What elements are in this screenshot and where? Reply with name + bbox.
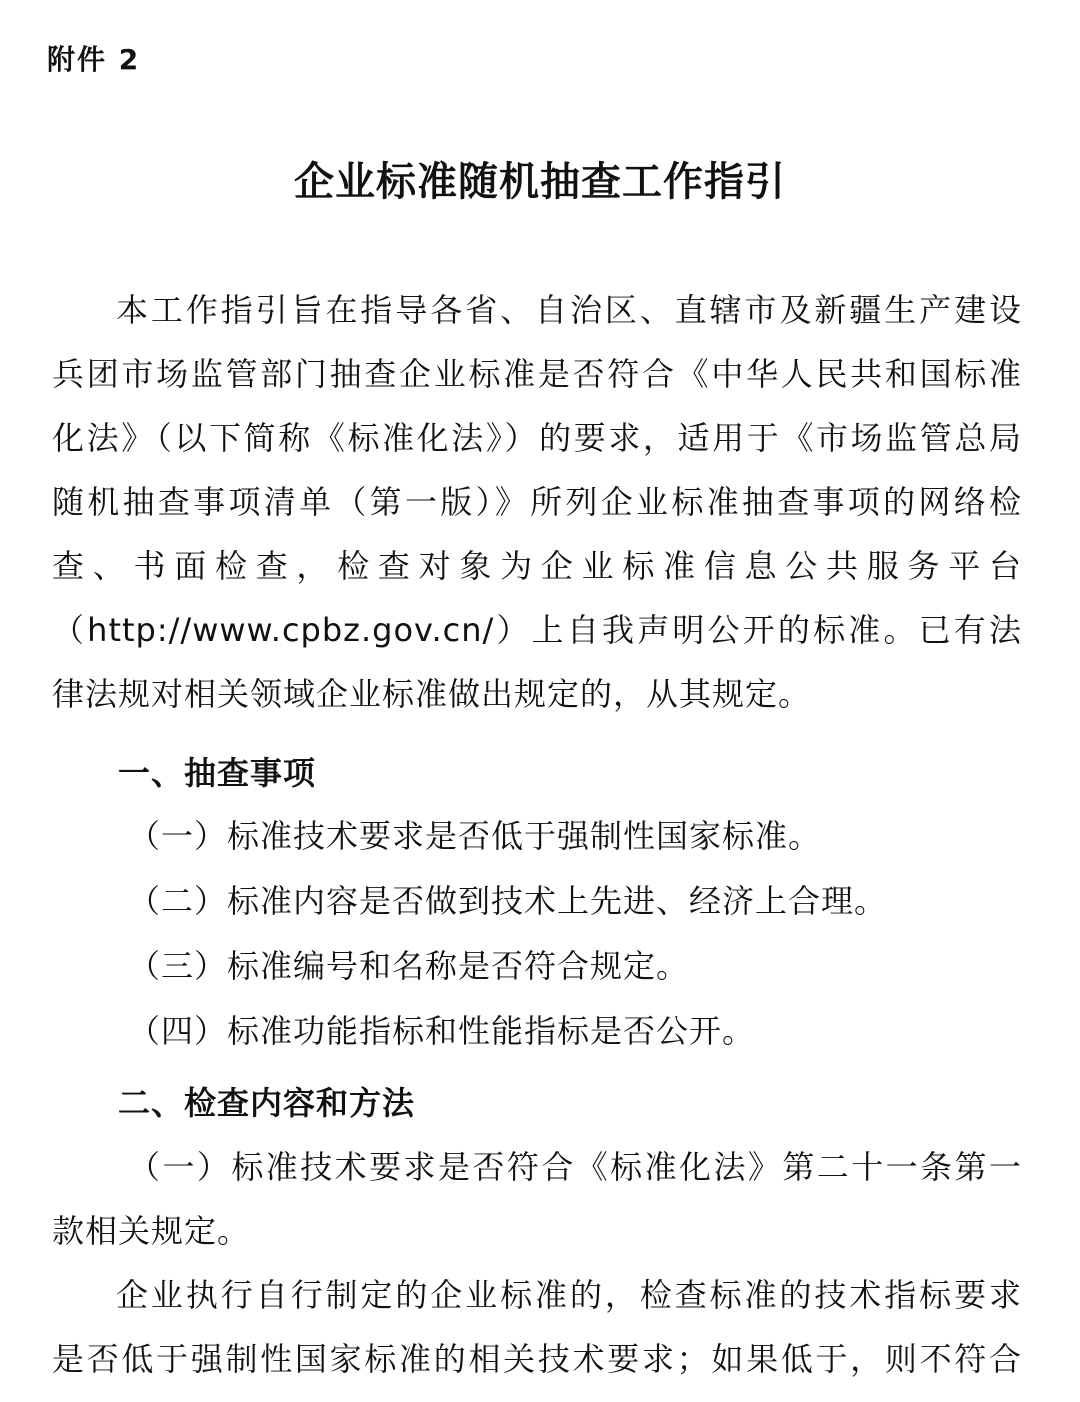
- check-item: （四）标准功能指标和性能指标是否公开。: [128, 1006, 1022, 1056]
- subsection-line: （一）标准技术要求是否符合《标准化法》第二十一条第一: [128, 1142, 1022, 1192]
- intro-line: 随机抽查事项清单（第一版）》所列企业标准抽查事项的网络检: [52, 477, 1022, 527]
- intro-line: 律法规对相关领域企业标准做出规定的，从其规定。: [52, 669, 1022, 719]
- paragraph-line: 企业执行自行制定的企业标准的，检查标准的技术指标要求: [116, 1270, 1022, 1320]
- section-heading-content-methods: 二、检查内容和方法: [118, 1078, 415, 1128]
- document-page: 附件 2 企业标准随机抽查工作指引 本工作指引旨在指导各省、自治区、直辖市及新疆…: [0, 0, 1080, 1402]
- check-item: （三）标准编号和名称是否符合规定。: [128, 941, 1022, 991]
- intro-line: 本工作指引旨在指导各省、自治区、直辖市及新疆生产建设: [116, 285, 1022, 335]
- intro-line: 兵团市场监管部门抽查企业标准是否符合《中华人民共和国标准: [52, 349, 1022, 399]
- check-item: （二）标准内容是否做到技术上先进、经济上合理。: [128, 876, 1022, 926]
- intro-line-url: （http://www.cpbz.gov.cn/）上自我声明公开的标准。已有法: [52, 605, 1022, 655]
- document-title: 企业标准随机抽查工作指引: [0, 152, 1080, 212]
- intro-line: 化法》（以下简称《标准化法》）的要求，适用于《市场监管总局: [52, 413, 1022, 463]
- intro-line: 查、书面检查，检查对象为企业标准信息公共服务平台: [52, 541, 1022, 591]
- paragraph-line: 是否低于强制性国家标准的相关技术要求；如果低于，则不符合: [52, 1334, 1022, 1384]
- subsection-line: 款相关规定。: [52, 1206, 1022, 1256]
- check-item: （一）标准技术要求是否低于强制性国家标准。: [128, 811, 1022, 861]
- section-heading-check-items: 一、抽查事项: [118, 748, 316, 798]
- attachment-label: 附件 2: [47, 40, 140, 80]
